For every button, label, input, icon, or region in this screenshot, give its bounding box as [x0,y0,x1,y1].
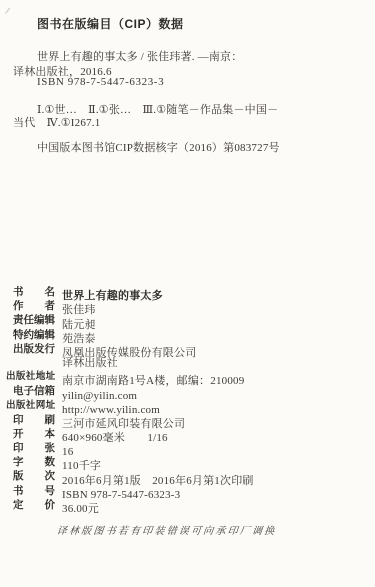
row-value: 36.00元 [62,503,99,515]
row-label: 出版社网址 [6,399,55,413]
row-value: 640×960毫米 1/16 [62,432,168,444]
row-label: 定价 [13,498,55,512]
row-label: 书名 [13,285,55,299]
row-sheets: 印张16 [13,441,369,455]
row-publisher-address: 出版社地址南京市湖南路1号A楼，邮编：210009 [13,370,369,384]
row-label: 特约编辑 [13,328,55,342]
row-printer: 印刷三河市延风印装有限公司 [13,413,369,427]
row-publisher: 出版发行凤凰出版传媒股份有限公司 [13,342,369,356]
cip-record-number: 中国版本图书馆CIP数据核字（2016）第083727号 [37,139,280,155]
row-value: 译林出版社 [62,357,118,369]
row-edition: 版次2016年6月第1版 2016年6月第1次印刷 [13,469,369,483]
row-special-editor: 特约编辑苑浩泰 [13,328,369,342]
row-label: 印张 [13,441,55,455]
row-price: 定价36.00元 [13,498,369,512]
row-word-count: 字数110千字 [13,455,369,469]
cip-class-line-2: 当代 Ⅳ.①I267.1 [13,114,100,130]
row-label: 作者 [13,299,55,313]
misprint-exchange-note: 译林版图书若有印装错误可向承印厂调换 [56,522,277,537]
book-copyright-page: 图书在版编目（CIP）数据 世界上有趣的事太多 / 张佳玮著. —南京： 译林出… [0,0,375,587]
row-label: 出版发行 [13,342,55,356]
row-format: 开本640×960毫米 1/16 [13,427,369,441]
row-label: 开本 [13,427,55,441]
row-book-title: 书名世界上有趣的事太多 [13,285,369,299]
row-label: 出版社地址 [6,370,55,384]
row-chief-editor: 责任编辑陆元昶 [13,313,369,327]
row-label: 责任编辑 [13,313,55,327]
cip-isbn-line: ISBN 978-7-5447-6323-3 [37,76,164,88]
scan-artifact-mark [5,8,14,16]
row-author: 作者张佳玮 [13,299,369,313]
row-label: 印刷 [13,413,55,427]
cip-section-heading: 图书在版编目（CIP）数据 [37,15,184,32]
row-label: 字数 [13,455,55,469]
row-label: 书号 [13,484,55,498]
colophon-table: 书名世界上有趣的事太多 作者张佳玮 责任编辑陆元昶 特约编辑苑浩泰 出版发行凤凰… [13,285,369,512]
row-label: 版次 [13,469,55,483]
row-label: 电子信箱 [13,384,55,398]
row-website: 出版社网址http://www.yilin.com [13,399,369,413]
cip-title-line: 世界上有趣的事太多 / 张佳玮著. —南京： [37,48,242,64]
